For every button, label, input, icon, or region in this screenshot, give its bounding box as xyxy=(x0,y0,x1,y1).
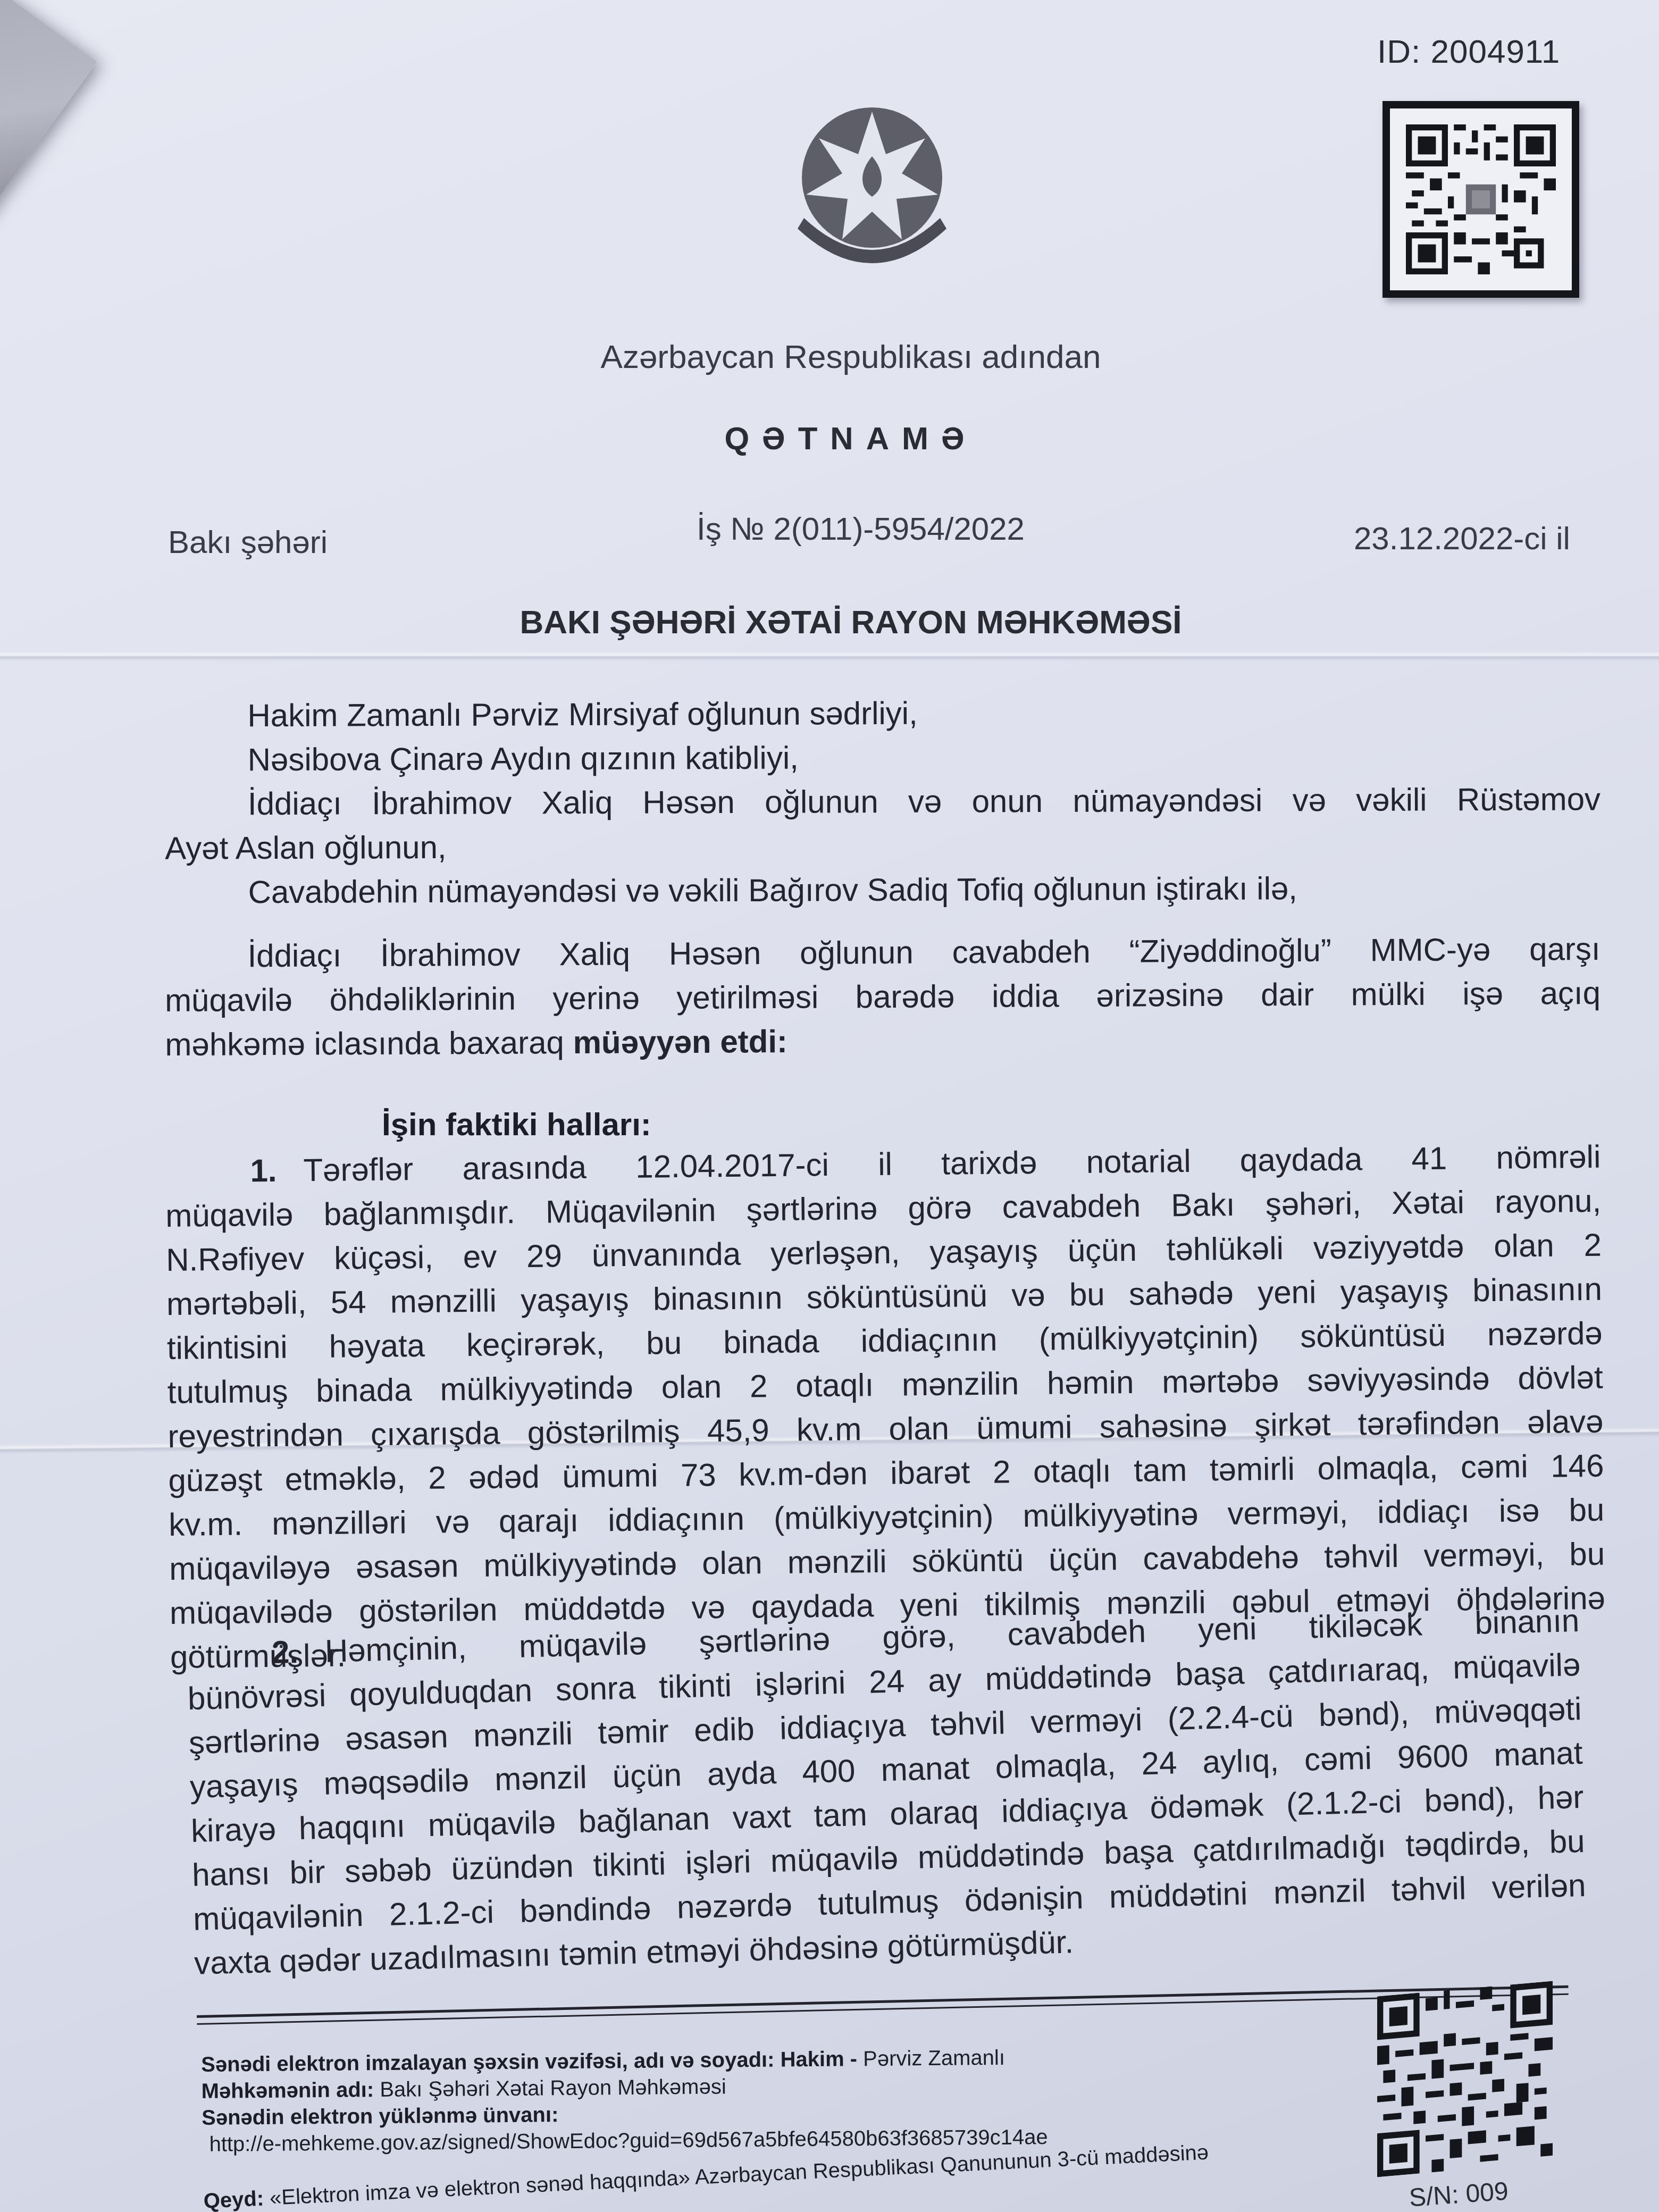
signer-label: Sənədi elektron imzalayan şəxsin vəzifəs… xyxy=(201,2047,863,2076)
paper-crease xyxy=(0,651,1659,661)
intro-text: məhkəmə iclasında baxaraq xyxy=(165,1025,573,1062)
facts-heading: İşin faktiki halları: xyxy=(382,1106,651,1143)
party-line: Ayət Aslan oğlunun, xyxy=(165,821,1601,870)
intro-line: məhkəmə iclasında baxaraq müəyyən etdi: xyxy=(165,1015,1601,1067)
document-id: ID: 2004911 xyxy=(1377,33,1560,71)
paragraph-1: 1.Tərəflər arasında 12.04.2017-ci il tar… xyxy=(165,1135,1606,1679)
party-line: Nəsibova Çinarə Aydın qızının katibliyi, xyxy=(165,733,1601,782)
signer-name: Pərviz Zamanlı xyxy=(863,2046,1005,2071)
party-line: Cavabdehin nümayəndəsi və vəkili Bağırov… xyxy=(165,865,1601,914)
qr-pattern xyxy=(1377,1981,1553,2177)
city: Bakı şəhəri xyxy=(168,524,328,560)
intro-block: İddiaçı İbrahimov Xaliq Həsən oğlunun ca… xyxy=(164,927,1601,1067)
footer-divider xyxy=(197,1985,1569,2025)
folded-page-corner xyxy=(0,0,97,217)
party-line: Hakim Zamanlı Pərviz Mirsiyaf oğlunun sə… xyxy=(164,689,1600,738)
intro-line: İddiaçı İbrahimov Xaliq Həsən oğlunun ca… xyxy=(164,927,1600,978)
note-label: Qeyd: xyxy=(203,2186,270,2212)
qr-pattern xyxy=(1406,124,1556,274)
qr-code-icon[interactable] xyxy=(1377,1981,1553,2177)
document-page: ID: 2004911 Azərbaycan xyxy=(0,0,1659,2212)
qr-code-icon[interactable] xyxy=(1382,101,1579,298)
parties-block: Hakim Zamanlı Pərviz Mirsiyaf oğlunun sə… xyxy=(164,689,1601,914)
court-value: Bakı Şəhəri Xətai Rayon Məhkəməsi xyxy=(380,2075,726,2101)
signature-footer: Sənədi elektron imzalayan şəxsin vəzifəs… xyxy=(201,2044,1048,2158)
document-date: 23.12.2022-ci il xyxy=(1354,520,1570,557)
case-number: İş № 2(011)-5954/2022 xyxy=(697,510,1025,547)
party-line: İddiaçı İbrahimov Xaliq Həsən oğlunun və… xyxy=(165,777,1601,826)
serial-number: S/N: 009 xyxy=(1408,2177,1509,2212)
intro-bold-text: müəyyən etdi: xyxy=(573,1024,787,1060)
paragraph-2: 2.Həmçinin, müqavilə şərtlərinə görə, ca… xyxy=(186,1598,1587,1985)
document-title: QƏTNAMƏ xyxy=(21,420,1659,457)
court-label: Məhkəmənin adı: xyxy=(201,2078,380,2103)
intro-line: müqavilə öhdəliklərinin yerinə yetirilmə… xyxy=(165,971,1601,1023)
issuer-line: Azərbaycan Respublikası adından xyxy=(21,338,1659,376)
court-name: BAKI ŞƏHƏRİ XƏTAİ RAYON MƏHKƏMƏSİ xyxy=(21,604,1659,641)
paragraph-number: 2. xyxy=(186,1629,325,1677)
paragraph-number: 1. xyxy=(165,1148,304,1194)
state-emblem-icon xyxy=(766,80,978,292)
